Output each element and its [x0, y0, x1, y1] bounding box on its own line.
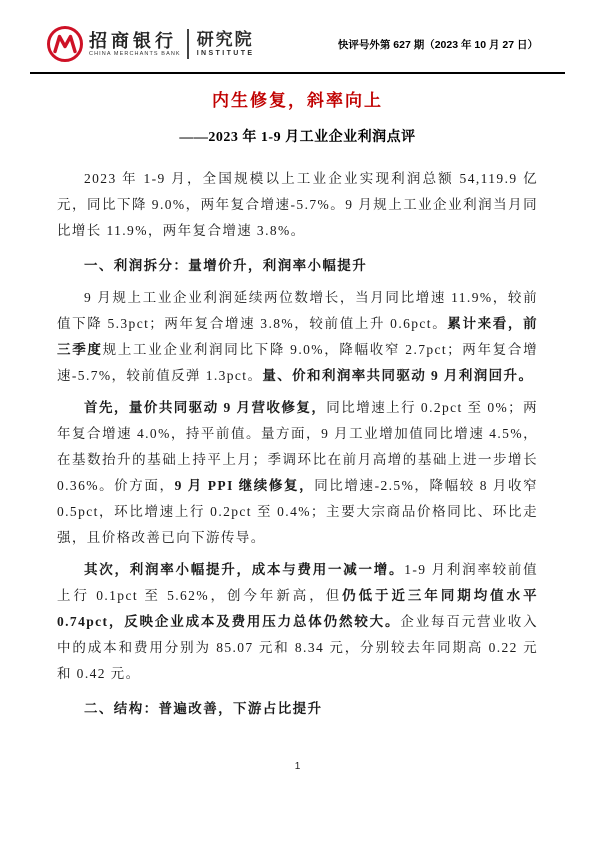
page-number: 1 — [0, 761, 595, 772]
paragraph-overview: 2023 年 1-9 月，全国规模以上工业企业实现利润总额 54,119.9 亿… — [57, 166, 538, 244]
report-title: 内生修复，斜率向上 — [0, 86, 595, 111]
section-heading-2: 二、结构：普遍改善，下游占比提升 — [57, 696, 538, 722]
header-rule — [30, 72, 565, 74]
bank-wordmark: 招商银行 CHINA MERCHANTS BANK — [89, 31, 181, 58]
cmb-logo: 招商银行 CHINA MERCHANTS BANK 研究院 INSTITUTE — [47, 26, 254, 62]
institute-name-en: INSTITUTE — [197, 49, 255, 58]
paragraph-revenue-price: 首先，量价共同驱动 9 月营收修复，同比增速上行 0.2pct 至 0%；两年复… — [57, 395, 538, 551]
institute-wordmark: 研究院 INSTITUTE — [197, 30, 255, 58]
report-header: 招商银行 CHINA MERCHANTS BANK 研究院 INSTITUTE … — [47, 26, 538, 62]
section-heading-1: 一、利润拆分：量增价升，利润率小幅提升 — [57, 253, 538, 279]
institute-name: 研究院 — [197, 30, 255, 49]
report-page: 招商银行 CHINA MERCHANTS BANK 研究院 INSTITUTE … — [0, 0, 595, 842]
bank-name-en: CHINA MERCHANTS BANK — [89, 51, 181, 58]
paragraph-profit-margin: 其次，利润率小幅提升，成本与费用一减一增。1-9 月利润率较前值上行 0.1pc… — [57, 557, 538, 687]
report-subtitle: ——2023 年 1-9 月工业企业利润点评 — [0, 126, 595, 146]
paragraph-profit-growth: 9 月规上工业企业利润延续两位数增长，当月同比增速 11.9%，较前值下降 5.… — [57, 285, 538, 389]
cmb-logo-icon — [47, 26, 83, 62]
report-body: 2023 年 1-9 月，全国规模以上工业企业实现利润总额 54,119.9 亿… — [57, 160, 538, 722]
issue-info: 快评号外第 627 期（2023 年 10 月 27 日） — [338, 37, 538, 52]
bank-name: 招商银行 — [89, 31, 181, 51]
logo-divider — [187, 29, 189, 59]
